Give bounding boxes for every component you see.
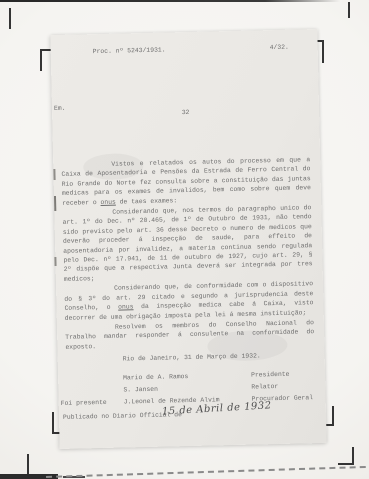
document-paragraph: Resolvem os membros do Conselho Nacional…: [65, 318, 315, 352]
photo-bottom-dashed-line: [46, 466, 369, 478]
document-number: 4/32.: [270, 43, 289, 53]
page-edge-mark: [54, 257, 56, 266]
document-paragraph: Vistos e relatados os autos do processo …: [61, 155, 311, 208]
registration-tick-top-right: [348, 2, 350, 18]
signature-name: Mario de A. Ramos: [123, 372, 188, 383]
date-line: Rio de Janeiro, 31 de Março de 1932.: [123, 350, 315, 364]
document-page: Proc. nº 5243/1931. 4/32. Em. 32 Vistos …: [50, 29, 326, 449]
signature-prefix: Foi presente: [61, 397, 107, 407]
signature-role: Relator: [251, 382, 278, 392]
document-header: Proc. nº 5243/1931. 4/32.: [93, 42, 318, 57]
page-number: 32: [52, 105, 319, 120]
registration-mark-bottom-right: [338, 447, 354, 465]
document-paragraph: Considerando que, nos termos do paragrap…: [62, 203, 313, 284]
signature-role: Presidente: [251, 369, 290, 379]
signature-name: S. Jansen: [123, 384, 158, 394]
process-number: Proc. nº 5243/1931.: [93, 46, 166, 55]
photo-top-edge-line: [0, 0, 340, 2]
registration-tick-top-left: [9, 8, 11, 29]
document-paragraph: Considerando que, de conformidade com o …: [64, 279, 314, 322]
page-edge-mark: [53, 169, 55, 180]
document-photo: Proc. nº 5243/1931. 4/32. Em. 32 Vistos …: [0, 0, 369, 479]
page-edge-mark: [54, 196, 56, 211]
document-body: Vistos e relatados os autos do processo …: [61, 155, 314, 352]
document-content: Vistos e relatados os autos do processo …: [61, 155, 316, 426]
